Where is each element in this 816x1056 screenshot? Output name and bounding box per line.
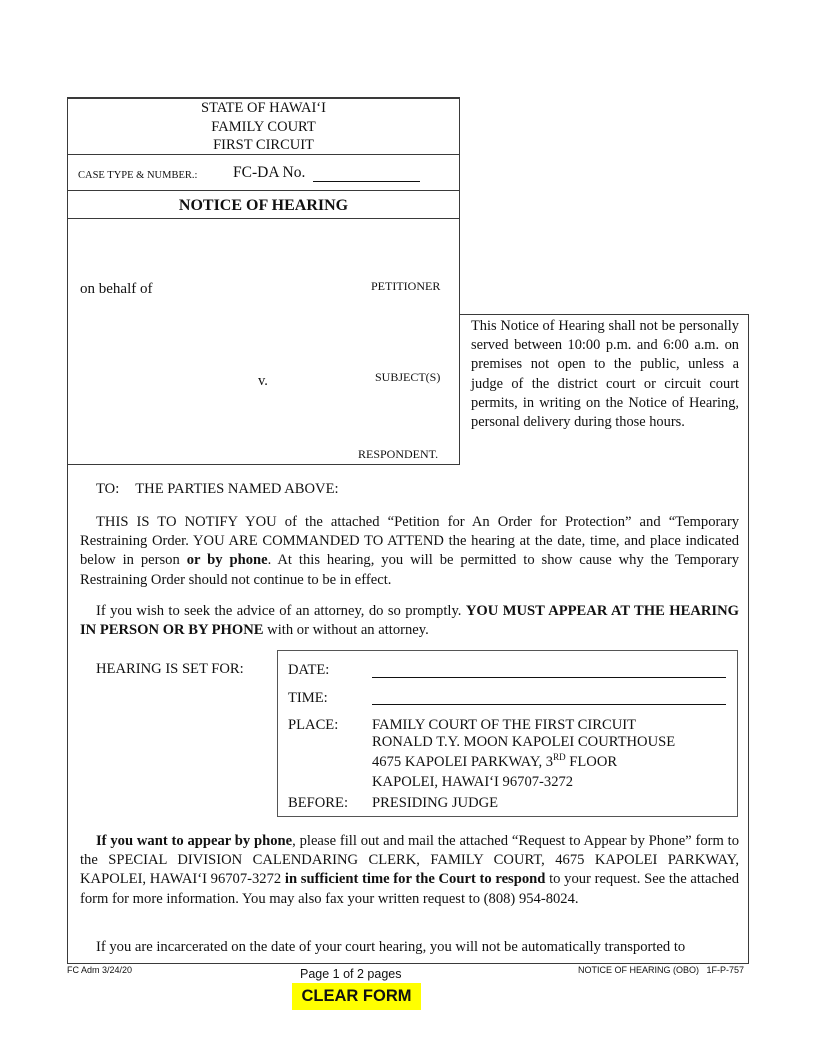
notify-paragraph: THIS IS TO NOTIFY YOU of the attached “P… [80, 513, 739, 590]
service-restriction-notice: This Notice of Hearing shall not be pers… [471, 317, 739, 432]
case-number-prefix: FC-DA No. [233, 164, 305, 182]
court-line: FAMILY COURT [68, 118, 459, 137]
frame-right-border [748, 314, 749, 964]
to-label: TO: [96, 481, 119, 497]
document-title: NOTICE OF HEARING [68, 197, 459, 215]
page-indicator: Page 1 of 2 pages [300, 967, 401, 981]
clear-form-button[interactable]: CLEAR FORM [292, 983, 421, 1010]
to-value: THE PARTIES NAMED ABOVE: [135, 481, 338, 497]
frame-left-border [67, 464, 68, 964]
place-address: FAMILY COURT OF THE FIRST CIRCUIT RONALD… [372, 717, 675, 791]
case-type-label: CASE TYPE & NUMBER.: [78, 170, 197, 181]
place-line: KAPOLEI, HAWAI‘I 96707-3272 [372, 774, 675, 791]
time-field-underline [372, 704, 726, 705]
frame-bottom-border [67, 963, 749, 964]
case-number-row: CASE TYPE & NUMBER.: [78, 165, 197, 183]
date-field-underline [372, 677, 726, 678]
phone-appearance-paragraph: If you want to appear by phone, please f… [80, 832, 739, 909]
attorney-paragraph: If you wish to seek the advice of an att… [80, 602, 739, 640]
place-line: FAMILY COURT OF THE FIRST CIRCUIT [372, 717, 675, 734]
place-line: 4675 KAPOLEI PARKWAY, 3RD FLOOR [372, 754, 675, 771]
incarcerated-paragraph: If you are incarcerated on the date of y… [96, 939, 746, 956]
notice-box-top-border [459, 314, 749, 315]
place-label: PLACE: [288, 717, 338, 734]
state-line: STATE OF HAWAI‘I [68, 99, 459, 118]
petitioner-label: PETITIONER [371, 279, 440, 294]
versus-label: v. [258, 373, 268, 390]
form-revision-date: FC Adm 3/24/20 [67, 965, 132, 975]
before-label: BEFORE: [288, 795, 348, 812]
place-line: RONALD T.Y. MOON KAPOLEI COURTHOUSE [372, 734, 675, 751]
date-field[interactable] [372, 661, 726, 677]
respondent-label: RESPONDENT. [358, 447, 438, 462]
time-field[interactable] [372, 688, 726, 704]
to-line: TO:THE PARTIES NAMED ABOVE: [96, 481, 339, 498]
time-label: TIME: [288, 690, 328, 707]
before-value: PRESIDING JUDGE [372, 795, 498, 812]
case-number-field[interactable] [313, 164, 420, 182]
subjects-label: SUBJECT(S) [375, 370, 440, 385]
date-label: DATE: [288, 662, 329, 679]
hearing-set-for-label: HEARING IS SET FOR: [96, 661, 244, 678]
circuit-line: FIRST CIRCUIT [68, 136, 459, 155]
on-behalf-of-label: on behalf of [80, 281, 152, 298]
court-name: STATE OF HAWAI‘I FAMILY COURT FIRST CIRC… [68, 99, 459, 155]
form-identifier: NOTICE OF HEARING (OBO) 1F-P-757 [578, 965, 744, 975]
